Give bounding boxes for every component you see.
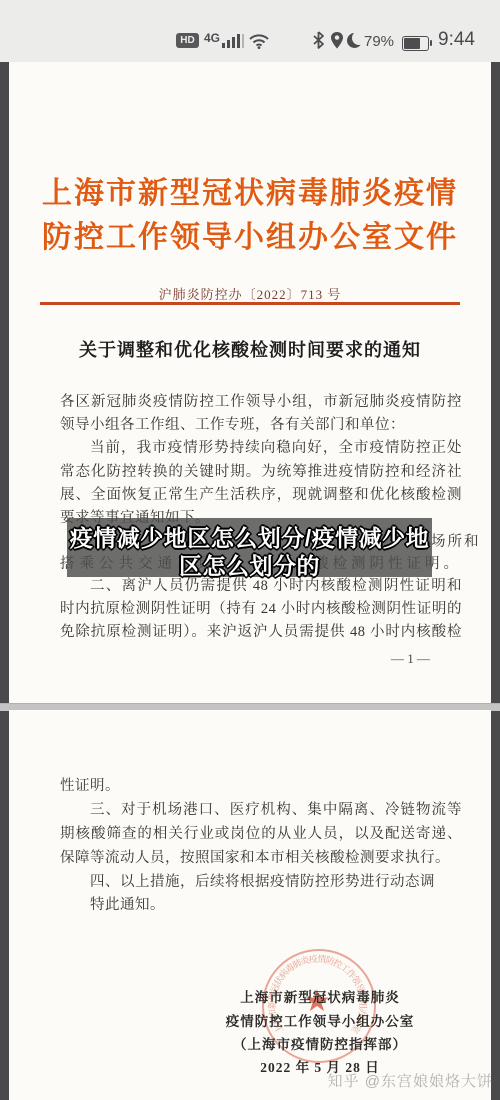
body-line: 保障等流动人员，按照国家和本市相关核酸检测要求执行。 [60, 846, 462, 866]
signal-bars-icon [222, 34, 244, 48]
watermark-label: 知乎 @东宫娘娘烙大饼 [253, 1070, 493, 1091]
page-number: — 1 — [330, 651, 430, 667]
doc-header-line2: 防控工作领导小组办公室文件 [0, 212, 500, 256]
body-line: 特此通知。 [60, 893, 462, 913]
signature-line: （上海市疫情防控指挥部） [195, 1033, 445, 1053]
signature-line: 疫情防控工作领导小组办公室 [195, 1010, 445, 1030]
battery-percent-label: 79% [364, 33, 394, 50]
body-line: 期核酸筛查的相关行业或岗位的从业人员，以及配送寄递、城市 [60, 822, 462, 842]
status-bar: HD 4G 79% 9:44 [0, 0, 500, 62]
body-line-fragment: 场所和 [431, 530, 481, 551]
network-type-label: 4G [204, 31, 220, 45]
moon-icon [347, 33, 362, 48]
phone-screenshot: { "status_bar": { "hd_label": "HD", "net… [0, 0, 500, 1100]
red-divider-rule [40, 302, 460, 305]
body-line: 当前，我市疫情形势持续向稳向好，全市疫情防控正处在向 [60, 436, 462, 456]
doc-header-line1: 上海市新型冠状病毒肺炎疫情 [0, 168, 500, 212]
body-line: 免除抗原检测证明）。来沪返沪人员需提供 48 小时内核酸检测阴 [60, 620, 462, 640]
clock-label: 9:44 [438, 29, 475, 51]
body-line: 领导小组各工作组、工作专班，各有关部门和单位： [60, 413, 462, 433]
body-line: 三、对于机场港口、医疗机构、集中隔离、冷链物流等需定 [60, 798, 462, 818]
doc-number: 沪肺炎防控办〔2022〕713 号 [0, 284, 500, 303]
body-line: 各区新冠肺炎疫情防控工作领导小组，市新冠肺炎疫情防控工作 [60, 390, 462, 410]
signature-line: 上海市新型冠状病毒肺炎 [195, 986, 445, 1006]
bluetooth-icon [312, 31, 325, 49]
body-line: 四、以上措施，后续将根据疫情防控形势进行动态调整。 [60, 870, 462, 890]
body-line: 常态化防控转换的关键时期。为统筹推进疫情防控和经济社会发 [60, 460, 462, 480]
hd-icon: HD [176, 33, 199, 48]
body-line: 展、全面恢复正常生产生活秩序，现就调整和优化核酸检测时间 [60, 483, 462, 503]
wifi-icon [248, 33, 270, 49]
caption-line2: 区怎么划分的 [67, 548, 432, 581]
body-line: 性证明。 [60, 774, 462, 794]
location-icon [330, 32, 344, 49]
battery-icon [402, 36, 429, 51]
notice-title: 关于调整和优化核酸检测时间要求的通知 [0, 336, 500, 362]
body-line: 时内抗原检测阴性证明（持有 24 小时内核酸检测阴性证明的可 [60, 597, 462, 617]
